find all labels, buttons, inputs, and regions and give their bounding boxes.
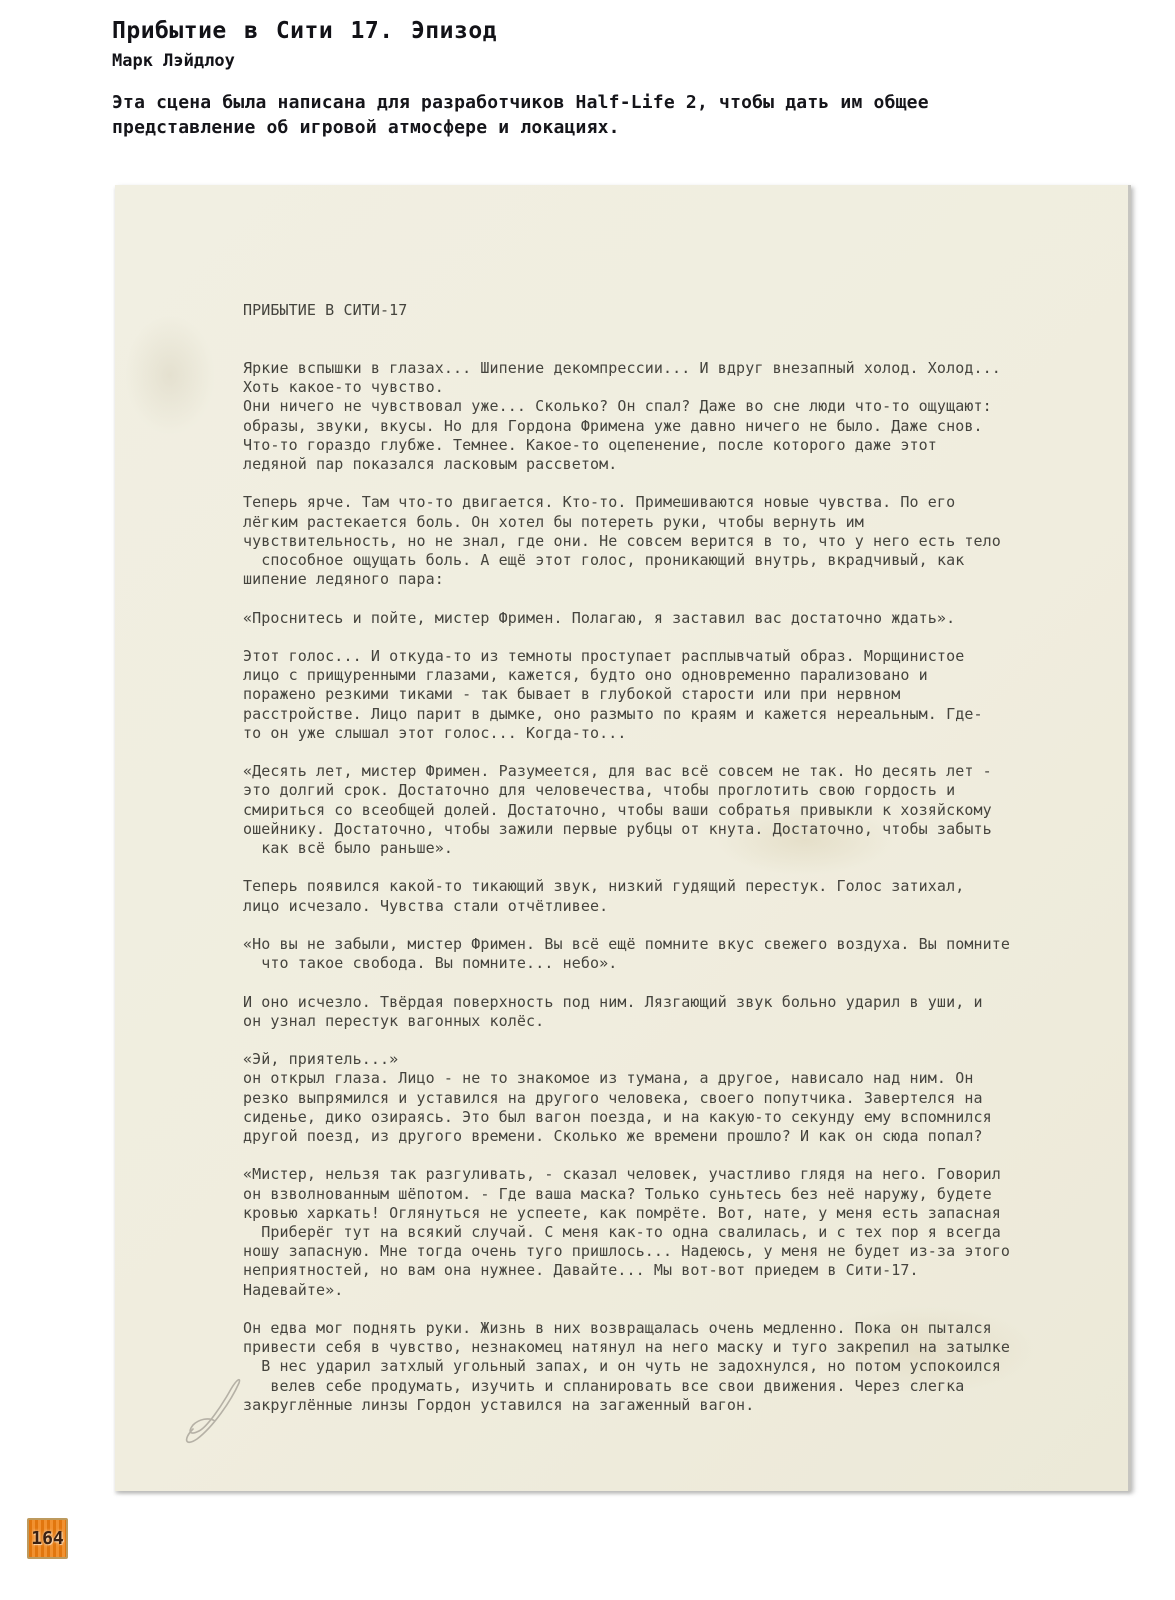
intro-text: Эта сцена была написана для разработчико… [112, 90, 972, 140]
typewriter-paragraph: И оно исчезло. Твёрдая поверхность под н… [243, 993, 1029, 1031]
book-page: Прибытие в Сити 17. Эпизод Марк Лэйдлоу … [0, 0, 1175, 1600]
author-name: Марк Лэйдлоу [112, 51, 1052, 71]
book-header: Прибытие в Сити 17. Эпизод Марк Лэйдлоу [112, 18, 1052, 71]
typewriter-text-block: ПРИБЫТИЕ В СИТИ-17 Яркие вспышки в глаза… [243, 263, 1029, 1453]
typewriter-paragraph: Этот голос... И откуда-то из темноты про… [243, 647, 1029, 743]
typewriter-paragraph: «Десять лет, мистер Фримен. Разумеется, … [243, 762, 1029, 858]
scanned-paper: ПРИБЫТИЕ В СИТИ-17 Яркие вспышки в глаза… [115, 185, 1131, 1491]
paper-stain [125, 315, 215, 435]
typewriter-paragraph: Теперь появился какой-то тикающий звук, … [243, 877, 1029, 915]
typewriter-heading: ПРИБЫТИЕ В СИТИ-17 [243, 301, 1029, 320]
typewriter-paragraph: Он едва мог поднять руки. Жизнь в них во… [243, 1319, 1029, 1415]
typewriter-paragraph: «Проснитесь и пойте, мистер Фримен. Пола… [243, 609, 1029, 628]
typewriter-paragraph: «Но вы не забыли, мистер Фримен. Вы всё … [243, 935, 1029, 973]
page-title: Прибытие в Сити 17. Эпизод [112, 18, 1052, 44]
page-number-badge: 164 [27, 1518, 68, 1559]
typewriter-paragraph: «Мистер, нельзя так разгуливать, - сказа… [243, 1165, 1029, 1299]
page-number: 164 [31, 1528, 64, 1549]
pencil-squiggle [173, 1365, 263, 1455]
typewriter-paragraphs: Яркие вспышки в глазах... Шипение декомп… [243, 359, 1029, 1415]
typewriter-paragraph: Яркие вспышки в глазах... Шипение декомп… [243, 359, 1029, 474]
typewriter-paragraph: «Эй, приятель...» он открыл глаза. Лицо … [243, 1050, 1029, 1146]
typewriter-paragraph: Теперь ярче. Там что-то двигается. Кто-т… [243, 493, 1029, 589]
